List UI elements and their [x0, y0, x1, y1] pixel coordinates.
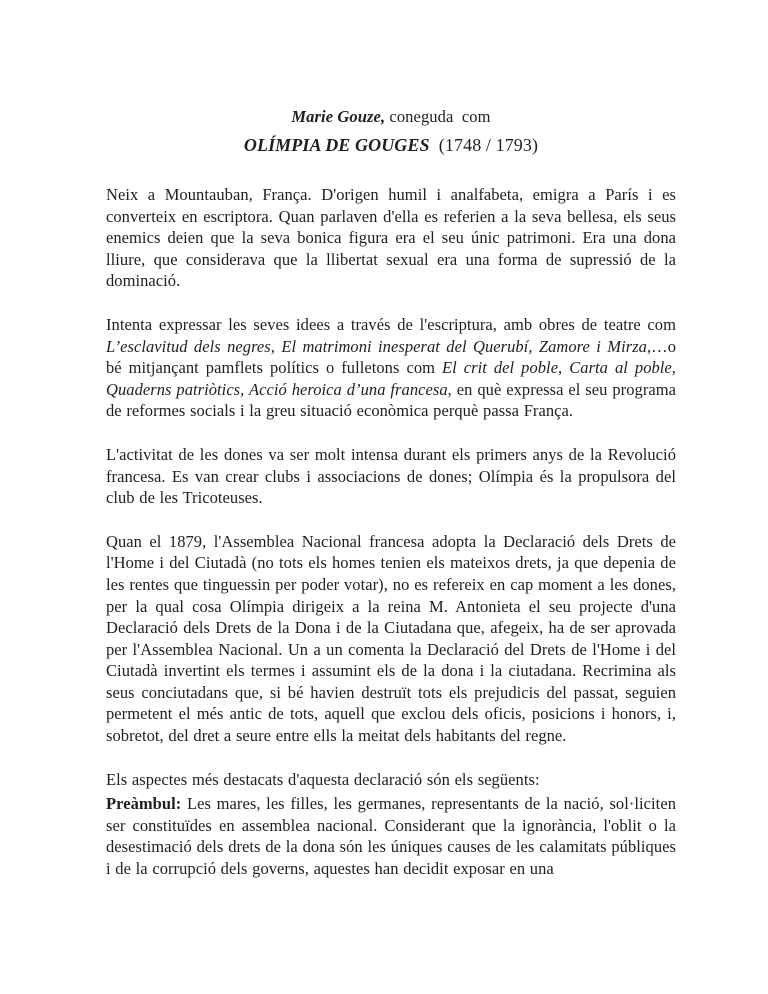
text-segment: OLÍMPIA DE GOUGES [244, 135, 430, 155]
paragraph-preamble: Preàmbul: Les mares, les filles, les ger… [106, 793, 676, 879]
paragraph-works: Intenta expressar les seves idees a trav… [106, 314, 676, 422]
text-segment: L'activitat de les dones va ser molt int… [106, 445, 676, 507]
paragraph-aspects-intro: Els aspectes més destacats d'aquesta dec… [106, 769, 676, 791]
text-segment: Quan el 1879, l'Assemblea Nacional franc… [106, 532, 676, 745]
paragraph-clubs: L'activitat de les dones va ser molt int… [106, 444, 676, 509]
document-subtitle: Marie Gouze, coneguda com [106, 107, 676, 127]
paragraph-birth: Neix a Mountauban, França. D'origen humi… [106, 184, 676, 292]
document-title: OLÍMPIA DE GOUGES (1748 / 1793) [106, 135, 676, 156]
text-segment: Intenta expressar les seves idees a trav… [106, 315, 676, 334]
text-segment: Neix a Mountauban, França. D'origen humi… [106, 185, 676, 290]
text-segment: Les mares, les filles, les germanes, rep… [106, 794, 676, 878]
paragraph-declaration: Quan el 1879, l'Assemblea Nacional franc… [106, 531, 676, 747]
text-segment: Preàmbul: [106, 794, 181, 813]
text-segment: Marie Gouze, [291, 107, 385, 126]
document-body: Neix a Mountauban, França. D'origen humi… [106, 184, 676, 902]
text-segment: (1748 / 1793) [430, 135, 539, 155]
text-segment: coneguda com [385, 107, 490, 126]
document-page: Marie Gouze, coneguda com OLÍMPIA DE GOU… [0, 0, 768, 994]
text-segment: L’esclavitud dels negres, El matrimoni i… [106, 337, 651, 356]
text-segment: Els aspectes més destacats d'aquesta dec… [106, 770, 540, 789]
document-header: Marie Gouze, coneguda com OLÍMPIA DE GOU… [106, 107, 676, 156]
